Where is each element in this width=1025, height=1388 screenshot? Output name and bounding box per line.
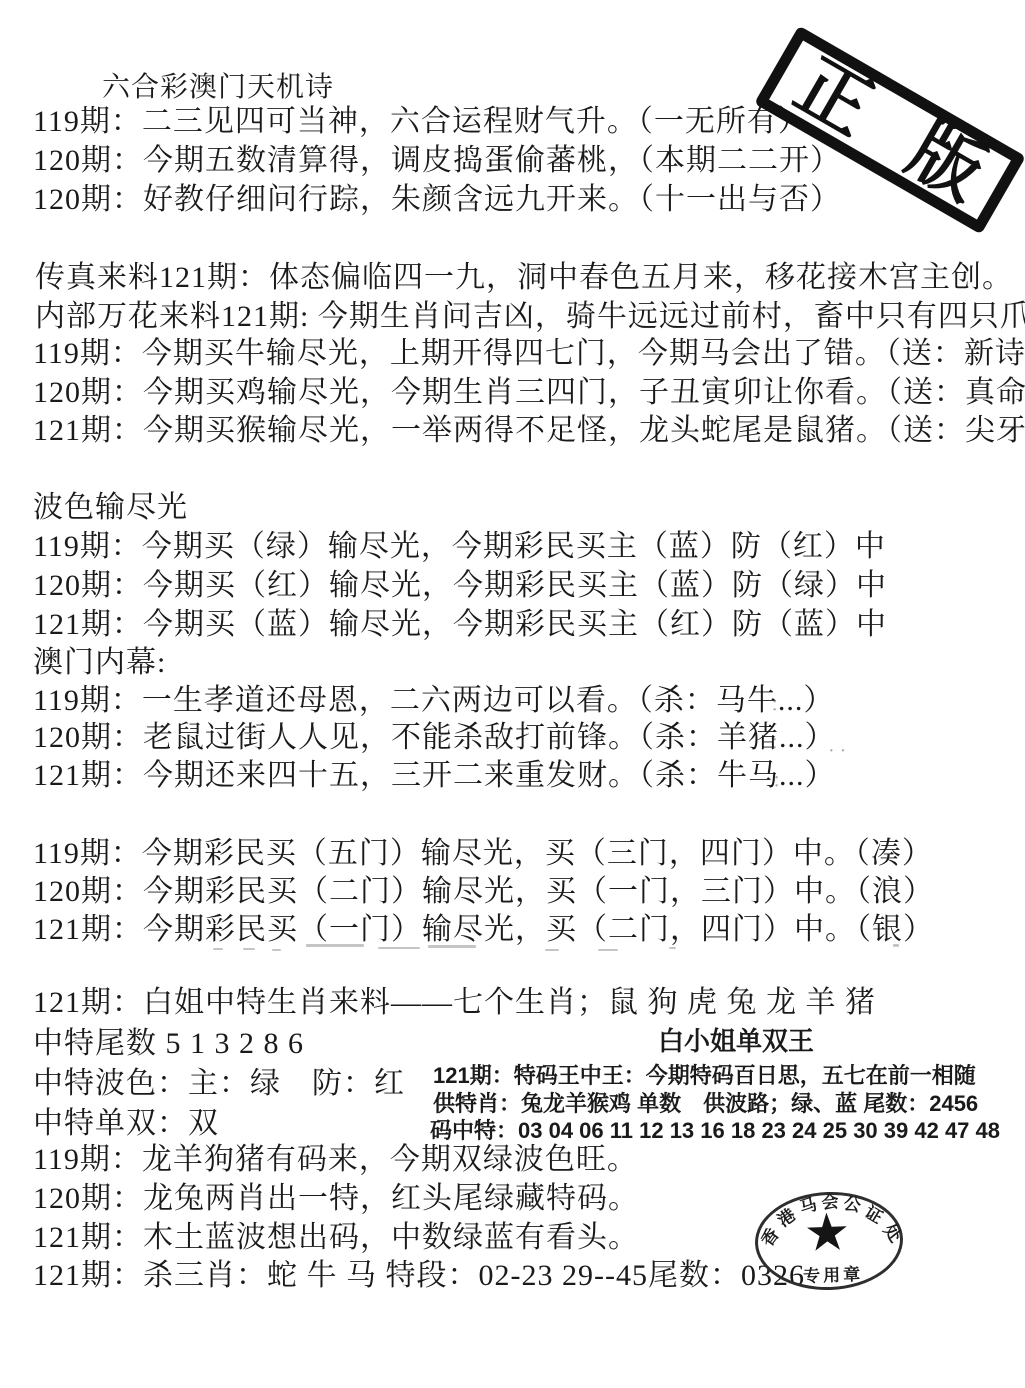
smudge: [243, 948, 255, 950]
neimu-120: 120期：老鼠过街人人见，不能杀敌打前锋。（杀：羊猪...）: [33, 721, 836, 756]
doc-title: 六合彩澳门天机诗: [102, 72, 334, 104]
seal-bottom-text: 专用章: [803, 1266, 864, 1285]
zhongte-danshuang: 中特单双：双: [33, 1107, 219, 1142]
caimin-121: 121期：今期彩民买（一门）输尽光，买（二门，四门）中。（银）: [33, 913, 934, 948]
gong-texiao: 供特肖：兔龙羊猴鸡 单数 供波路；绿、蓝 尾数：2456: [433, 1091, 978, 1116]
smudge: [669, 947, 676, 949]
section-neimu: 澳门内幕:: [33, 646, 166, 681]
faded-mark: ：: [772, 764, 792, 793]
bose-121: 121期：今期买（蓝）输尽光，今期彩民买主（红）防（蓝）中: [33, 608, 887, 643]
smudge: [428, 945, 476, 948]
bose-119: 119期：今期买（绿）输尽光，今期彩民买主（蓝）防（红）中: [33, 530, 886, 565]
tail-119: 119期：龙羊狗猪有码来，今期双绿波色旺。: [33, 1143, 638, 1178]
tail-120: 120期：龙兔两肖出一特，红头尾绿藏特码。: [33, 1182, 639, 1217]
buy-120: 120期：今期买鸡输尽光，今期生肖三四门，子丑寅卯让你看。（送：真命天子）: [33, 376, 1025, 411]
poem-119: 119期：二三见四可当神，六合运程财气升。（一无所有）: [33, 105, 809, 140]
smudge: [893, 944, 899, 947]
faded-mark: ：: [770, 726, 790, 755]
seal-arc-char: 港: [775, 1206, 799, 1230]
poem-120a: 120期：今期五数清算得，调皮捣蛋偷蕃桃，（本期二二开）: [33, 144, 841, 179]
smudge: [598, 949, 618, 951]
neimu-121: 121期：今期还来四十五，三开二来重发财。（杀：牛马...）: [33, 759, 836, 794]
seal-arc-char: 香: [758, 1226, 782, 1250]
smudge: [272, 949, 281, 951]
buy-119: 119期：今期买牛输尽光，上期开得四七门，今期马会出了错。（送：新诗改罢）: [33, 337, 1025, 372]
seal-arc-char: 马: [798, 1195, 819, 1216]
seal-arc-char: 会: [821, 1193, 840, 1212]
faded-mark: · ·: [828, 740, 846, 763]
smudge: [306, 944, 364, 947]
bose-120: 120期：今期买（红）输尽光，今期彩民买主（蓝）防（绿）中: [33, 569, 887, 604]
smudge: [378, 947, 420, 949]
baijie-121: 121期：白姐中特生肖来料——七个生肖；鼠 狗 虎 兔 龙 羊 猪: [33, 986, 876, 1021]
seal-arc-char: 证: [862, 1203, 885, 1226]
smudge: [545, 949, 559, 951]
ma-zhongte: 码中特：03 04 06 11 12 13 16 18 23 24 25 30 …: [430, 1118, 1000, 1143]
tema-wang-121: 121期：特码王中王：今期特码百日思，五七在前一相随: [433, 1063, 976, 1088]
neibu-121: 内部万花来料121期: 今期生肖问吉凶，骑牛远远过前村，畜中只有四只爪。: [35, 300, 1025, 335]
baixiaojie-title: 白小姐单双王: [658, 1027, 814, 1057]
faded-mark: ：: [770, 688, 790, 717]
zhongte-bose: 中特波色：主：绿 防：红: [33, 1067, 405, 1102]
fax-121: 传真来料121期：体态偏临四一九，洞中春色五月来，移花接木宫主创。: [35, 261, 1013, 296]
tail-121: 121期：木土蓝波想出码，中数绿蓝有看头。: [33, 1221, 639, 1256]
caimin-119: 119期：今期彩民买（五门）输尽光，买（三门，四门）中。（凑）: [33, 837, 933, 872]
seal-arc-char: 处: [880, 1221, 904, 1245]
caimin-120: 120期：今期彩民买（二门）输尽光，买（一门，三门）中。（浪）: [33, 875, 934, 910]
page: 六合彩澳门天机诗119期：二三见四可当神，六合运程财气升。（一无所有）120期：…: [0, 0, 1025, 1388]
poem-120b: 120期：好教仔细问行踪，朱颜含远九开来。（十一出与否）: [33, 183, 841, 218]
zhongte-weishu: 中特尾数 5 1 3 2 8 6: [33, 1027, 304, 1062]
neimu-119: 119期：一生孝道还母恩，二六两边可以看。（杀：马牛...）: [33, 684, 834, 719]
smudge: [213, 948, 223, 950]
buy-121: 121期：今期买猴输尽光，一举两得不足怪，龙头蛇尾是鼠猪。（送：尖牙盗为生）: [33, 414, 1025, 449]
sha-sanxiao-121: 121期：杀三肖：蛇 牛 马 特段：02-23 29--45尾数：0326: [33, 1259, 805, 1294]
seal-arc-char: 公: [842, 1195, 862, 1215]
section-bose: 波色输尽光: [33, 491, 188, 526]
